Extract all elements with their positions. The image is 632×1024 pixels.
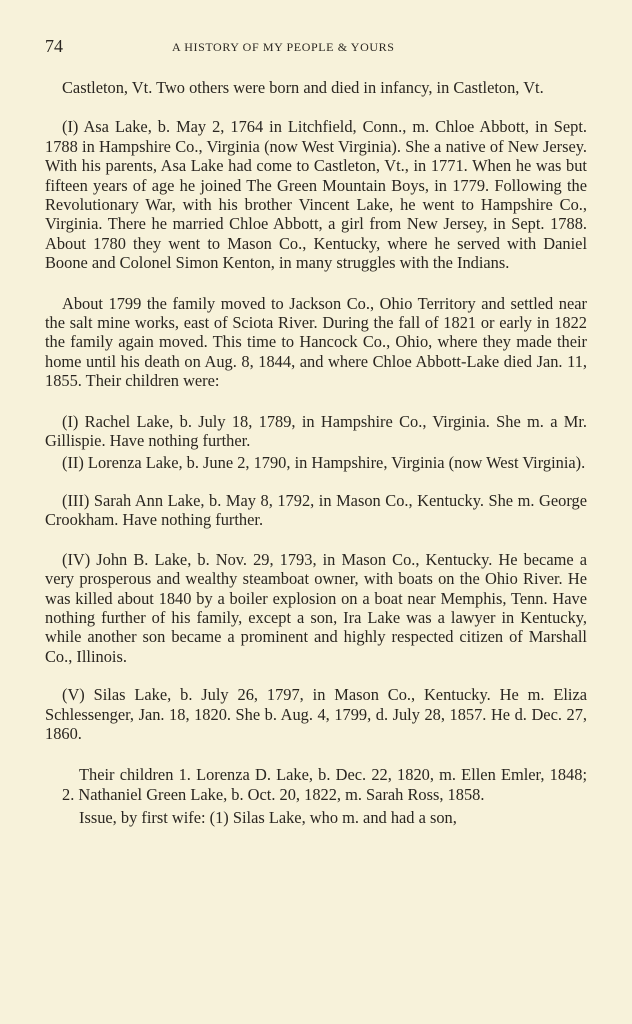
child-entry-rachel: (I) Rachel Lake, b. July 18, 1789, in Ha… [45, 412, 587, 451]
body-text: Castleton, Vt. Two others were born and … [45, 78, 587, 828]
paragraph-silas-children: Their children 1. Lorenza D. Lake, b. De… [45, 765, 587, 804]
child-entry-lorenza: (II) Lorenza Lake, b. June 2, 1790, in H… [45, 453, 587, 472]
child-entry-john-b: (IV) John B. Lake, b. Nov. 29, 1793, in … [45, 550, 587, 666]
page-number: 74 [45, 35, 63, 57]
paragraph-issue-first-wife: Issue, by first wife: (1) Silas Lake, wh… [45, 808, 587, 827]
child-entry-silas: (V) Silas Lake, b. July 26, 1797, in Mas… [45, 685, 587, 743]
paragraph-continuation: Castleton, Vt. Two others were born and … [45, 78, 587, 97]
paragraph-family-moves: About 1799 the family moved to Jackson C… [45, 294, 587, 391]
paragraph-asa-lake: (I) Asa Lake, b. May 2, 1764 in Litchfie… [45, 117, 587, 272]
running-head: A HISTORY OF MY PEOPLE & YOURS [172, 39, 394, 55]
child-entry-sarah-ann: (III) Sarah Ann Lake, b. May 8, 1792, in… [45, 491, 587, 530]
